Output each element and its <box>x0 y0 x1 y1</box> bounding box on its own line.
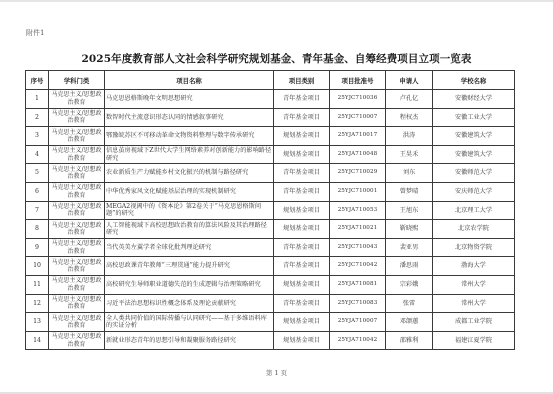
cell-approval-number: 25YJC710083 <box>330 294 386 313</box>
table-header-row: 序号 学科门类 项目名称 项目类别 项目批准号 申请人 学校名称 <box>26 71 515 90</box>
table-row: 8 马克思主义/思想政治教育 人工智能视域下高校思想政治教育的算法风险及其治理路… <box>26 220 515 239</box>
project-list-table: 序号 学科门类 项目名称 项目类别 项目批准号 申请人 学校名称 1 马克思主义… <box>25 70 515 350</box>
cell-no: 9 <box>26 238 49 257</box>
table-row: 13 马克思主义/思想政治教育 全人类共同价值的国际传播与认同研究——基于多维语… <box>26 313 515 332</box>
cell-project-type: 规划基金项目 <box>274 201 330 220</box>
cell-school: 常州大学 <box>433 275 515 294</box>
document-title: 2025年度教育部人文社会科学研究规划基金、青年基金、自筹经费项目立项一览表 <box>0 51 553 66</box>
cell-approval-number: 25YJA710007 <box>330 313 386 332</box>
cell-school: 安徽工业大学 <box>433 108 515 127</box>
header-project-name: 项目名称 <box>105 71 274 90</box>
cell-subject: 马克思主义/思想政治教育 <box>49 201 105 220</box>
cell-project-name: 当代英美左翼学者全球化批判理论研究 <box>105 238 274 257</box>
cell-no: 4 <box>26 145 49 164</box>
cell-applicant: 洪涛 <box>386 127 433 146</box>
cell-approval-number: 25YJA710053 <box>330 201 386 220</box>
header-subject: 学科门类 <box>49 71 105 90</box>
cell-subject: 马克思主义/思想政治教育 <box>49 127 105 146</box>
cell-approval-number: 25YJA710042 <box>330 331 386 350</box>
table-row: 7 马克思主义/思想政治教育 MEGA2视阈中的《资本论》第2卷关于“马克思恩格… <box>26 201 515 220</box>
cell-project-name: 高校思政课青年教师“三理贯通”能力提升研究 <box>105 257 274 276</box>
header-approval-number: 项目批准号 <box>330 71 386 90</box>
cell-subject: 马克思主义/思想政治教育 <box>49 108 105 127</box>
table-row: 6 马克思主义/思想政治教育 中华优秀家风文化赋能基层治理的实现机制研究 青年基… <box>26 182 515 201</box>
table-row: 12 马克思主义/思想政治教育 习近平法治思想标识性概念体系及理论贡献研究 青年… <box>26 294 515 313</box>
cell-project-type: 规划基金项目 <box>274 331 330 350</box>
cell-project-type: 青年基金项目 <box>274 164 330 183</box>
cell-project-type: 青年基金项目 <box>274 257 330 276</box>
cell-applicant: 张雷 <box>386 294 433 313</box>
cell-applicant: 靳晓熙 <box>386 220 433 239</box>
cell-subject: 马克思主义/思想政治教育 <box>49 90 105 109</box>
cell-approval-number: 25YJC710007 <box>330 108 386 127</box>
cell-project-name: 人工智能视域下高校思想政治教育的算法风险及其治理路径研究 <box>105 220 274 239</box>
cell-subject: 马克思主义/思想政治教育 <box>49 238 105 257</box>
table-row: 9 马克思主义/思想政治教育 当代英美左翼学者全球化批判理论研究 青年基金项目 … <box>26 238 515 257</box>
cell-subject: 马克思主义/思想政治教育 <box>49 257 105 276</box>
cell-subject: 马克思主义/思想政治教育 <box>49 313 105 332</box>
cell-project-name: 全人类共同价值的国际传播与认同研究——基于多维语料库的实证分析 <box>105 313 274 332</box>
table-row: 3 马克思主义/思想政治教育 鄂豫皖苏区不可移动革命文物资料整理与数字传承研究 … <box>26 127 515 146</box>
cell-approval-number: 25YJC710036 <box>330 90 386 109</box>
cell-no: 6 <box>26 182 49 201</box>
cell-applicant: 曾梦晴 <box>386 182 433 201</box>
cell-project-name: MEGA2视阈中的《资本论》第2卷关于“马克思恩格斯问题”的研究 <box>105 201 274 220</box>
cell-project-type: 规划基金项目 <box>274 313 330 332</box>
cell-project-name: 新就业形态青年的思想引导和凝聚服务路径研究 <box>105 331 274 350</box>
cell-no: 13 <box>26 313 49 332</box>
cell-school: 北京农学院 <box>433 220 515 239</box>
cell-school: 安庆师范大学 <box>433 182 515 201</box>
cell-project-type: 青年基金项目 <box>274 90 330 109</box>
cell-project-type: 青年基金项目 <box>274 238 330 257</box>
table-row: 11 马克思主义/思想政治教育 高校研究生导师职业道德失范的生成逻辑与治理策略研… <box>26 275 515 294</box>
cell-project-name: 信息茧房视域下Z世代大学生网络素养对创新能力的影响路径研究 <box>105 145 274 164</box>
table-row: 10 马克思主义/思想政治教育 高校思政课青年教师“三理贯通”能力提升研究 青年… <box>26 257 515 276</box>
cell-applicant: 邵雅利 <box>386 331 433 350</box>
cell-subject: 马克思主义/思想政治教育 <box>49 164 105 183</box>
viewer-top-border <box>0 0 553 2</box>
cell-applicant: 裴亚男 <box>386 238 433 257</box>
cell-no: 12 <box>26 294 49 313</box>
header-project-type: 项目类别 <box>274 71 330 90</box>
table-row: 1 马克思主义/思想政治教育 马克思恩格斯晚年文明思想研究 青年基金项目 25Y… <box>26 90 515 109</box>
cell-no: 5 <box>26 164 49 183</box>
cell-project-name: 数智时代主流意识形态认同的情感叙事研究 <box>105 108 274 127</box>
cell-subject: 马克思主义/思想政治教育 <box>49 275 105 294</box>
cell-subject: 马克思主义/思想政治教育 <box>49 220 105 239</box>
cell-approval-number: 25YJA710048 <box>330 145 386 164</box>
cell-no: 3 <box>26 127 49 146</box>
cell-approval-number: 25YJC710029 <box>330 164 386 183</box>
cell-project-type: 规划基金项目 <box>274 145 330 164</box>
page-number: 第 1 页 <box>0 368 553 377</box>
cell-approval-number: 25YJC710042 <box>330 257 386 276</box>
cell-school: 安徽建筑大学 <box>433 145 515 164</box>
cell-subject: 马克思主义/思想政治教育 <box>49 331 105 350</box>
cell-approval-number: 25YJC710043 <box>330 238 386 257</box>
cell-project-type: 规划基金项目 <box>274 275 330 294</box>
cell-project-name: 鄂豫皖苏区不可移动革命文物资料整理与数字传承研究 <box>105 127 274 146</box>
cell-no: 7 <box>26 201 49 220</box>
cell-no: 2 <box>26 108 49 127</box>
cell-no: 14 <box>26 331 49 350</box>
cell-school: 安徽师范大学 <box>433 164 515 183</box>
attachment-label: 附件1 <box>26 28 44 38</box>
cell-school: 渤海大学 <box>433 257 515 276</box>
cell-applicant: 邓颌蕙 <box>386 313 433 332</box>
cell-approval-number: 25YJC710001 <box>330 182 386 201</box>
cell-school: 安徽建筑大学 <box>433 127 515 146</box>
cell-no: 1 <box>26 90 49 109</box>
cell-approval-number: 25YJA710021 <box>330 220 386 239</box>
cell-project-type: 青年基金项目 <box>274 182 330 201</box>
cell-school: 北京物资学院 <box>433 238 515 257</box>
cell-no: 8 <box>26 220 49 239</box>
table-row: 14 马克思主义/思想政治教育 新就业形态青年的思想引导和凝聚服务路径研究 规划… <box>26 331 515 350</box>
table-row: 5 马克思主义/思想政治教育 农业新质生产力赋能乡村文化振兴的机制与路径研究 青… <box>26 164 515 183</box>
cell-subject: 马克思主义/思想政治教育 <box>49 294 105 313</box>
cell-approval-number: 25YJA710017 <box>330 127 386 146</box>
cell-applicant: 卢孔亿 <box>386 90 433 109</box>
cell-applicant: 王昊禾 <box>386 145 433 164</box>
cell-school: 安徽财经大学 <box>433 90 515 109</box>
cell-project-name: 农业新质生产力赋能乡村文化振兴的机制与路径研究 <box>105 164 274 183</box>
cell-no: 10 <box>26 257 49 276</box>
cell-school: 常州大学 <box>433 294 515 313</box>
cell-project-type: 规划基金项目 <box>274 220 330 239</box>
cell-subject: 马克思主义/思想政治教育 <box>49 145 105 164</box>
cell-project-type: 青年基金项目 <box>274 108 330 127</box>
cell-project-name: 中华优秀家风文化赋能基层治理的实现机制研究 <box>105 182 274 201</box>
cell-school: 福建江夏学院 <box>433 331 515 350</box>
table-row: 2 马克思主义/思想政治教育 数智时代主流意识形态认同的情感叙事研究 青年基金项… <box>26 108 515 127</box>
cell-applicant: 刘东 <box>386 164 433 183</box>
header-school: 学校名称 <box>433 71 515 90</box>
cell-approval-number: 25YJA710081 <box>330 275 386 294</box>
cell-applicant: 程权杰 <box>386 108 433 127</box>
cell-school: 成都工业学院 <box>433 313 515 332</box>
cell-project-type: 青年基金项目 <box>274 294 330 313</box>
cell-project-name: 马克思恩格斯晚年文明思想研究 <box>105 90 274 109</box>
cell-applicant: 王旭东 <box>386 201 433 220</box>
cell-project-name: 高校研究生导师职业道德失范的生成逻辑与治理策略研究 <box>105 275 274 294</box>
cell-applicant: 宗彩娥 <box>386 275 433 294</box>
cell-subject: 马克思主义/思想政治教育 <box>49 182 105 201</box>
header-no: 序号 <box>26 71 49 90</box>
cell-project-type: 规划基金项目 <box>274 127 330 146</box>
table-row: 4 马克思主义/思想政治教育 信息茧房视域下Z世代大学生网络素养对创新能力的影响… <box>26 145 515 164</box>
cell-school: 北京理工大学 <box>433 201 515 220</box>
cell-no: 11 <box>26 275 49 294</box>
cell-project-name: 习近平法治思想标识性概念体系及理论贡献研究 <box>105 294 274 313</box>
cell-applicant: 潘思雨 <box>386 257 433 276</box>
header-applicant: 申请人 <box>386 71 433 90</box>
